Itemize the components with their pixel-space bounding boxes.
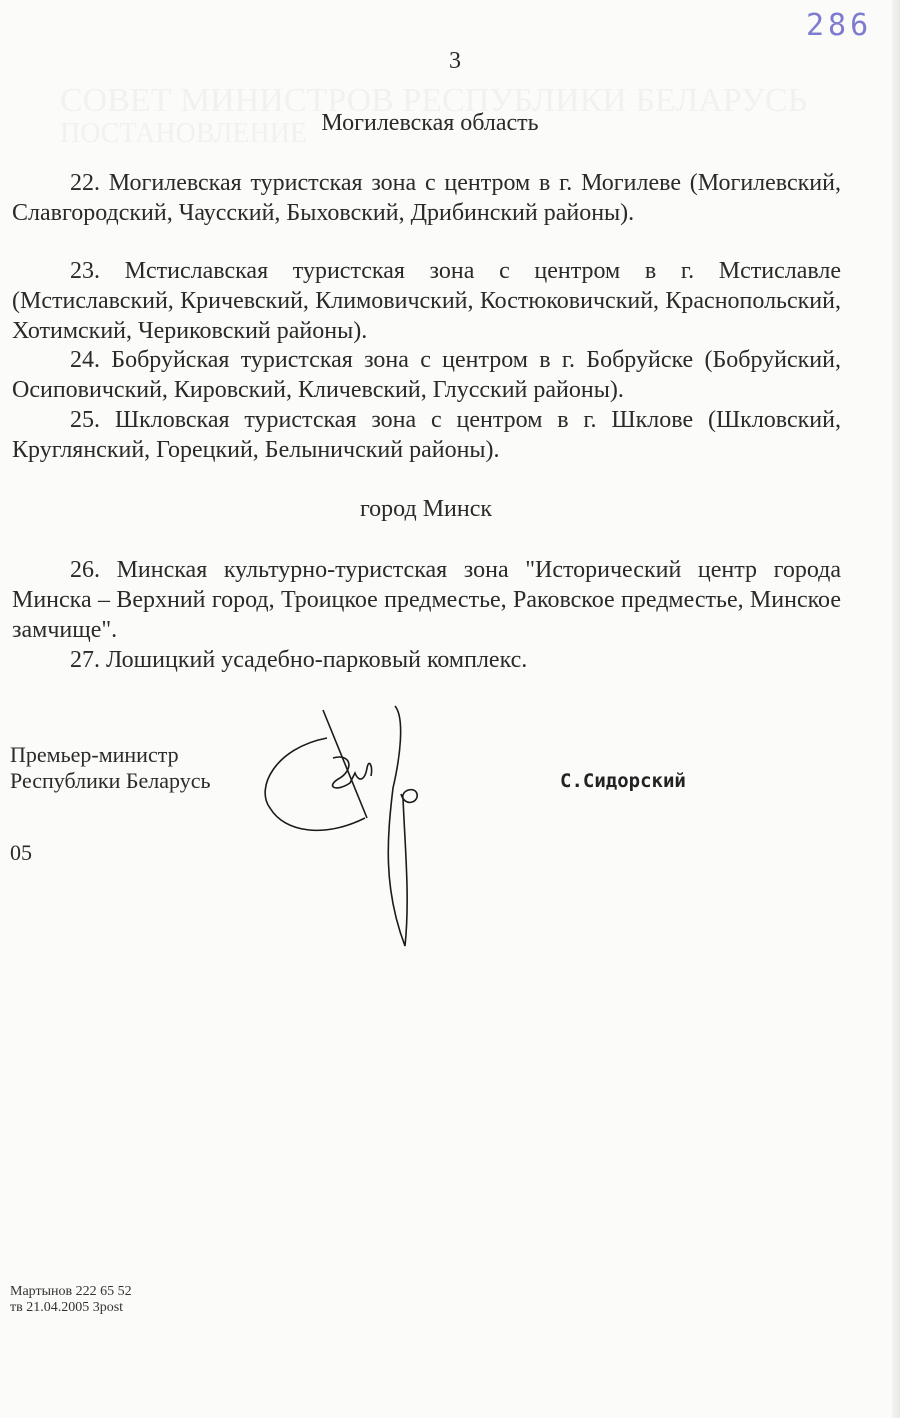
footer-executor-info: Мартынов 222 65 52 тв 21.04.2005 3post [10,1284,132,1316]
footer-executor-line: Мартынов 222 65 52 [10,1284,132,1300]
page-edge [892,0,900,1418]
list-item-27: 27. Лошицкий усадебно-парковый комплекс. [12,645,841,675]
signatory-name: С.Сидорский [560,770,686,792]
list-item-text: 27. Лошицкий усадебно-парковый комплекс. [12,645,841,675]
handwritten-signature [255,698,435,948]
list-item-text: 24. Бобруйская туристская зона с центром… [12,345,841,405]
list-item-text: 23. Мстиславская туристская зона с центр… [12,256,841,346]
list-item-text: 26. Минская культурно-туристская зона "И… [12,555,841,645]
sheet-number-stamp: 286 [806,8,872,43]
footer-date-line: тв 21.04.2005 3post [10,1300,132,1316]
list-item-text: 25. Шкловская туристская зона с центром … [12,405,841,465]
signatory-title-line1: Премьер-министр [10,742,211,768]
page-number: 3 [0,48,900,75]
section-heading-minsk: город Минск [0,496,856,523]
list-item-25: 25. Шкловская туристская зона с центром … [12,405,841,465]
list-item-text: 22. Могилевская туристская зона с центро… [12,168,841,228]
list-item-22: 22. Могилевская туристская зона с центро… [12,168,841,228]
section-heading-mogilev: Могилевская область [0,110,860,137]
document-code: 05 [10,840,32,866]
signatory-title: Премьер-министр Республики Беларусь [10,742,211,794]
signatory-title-line2: Республики Беларусь [10,768,211,794]
list-item-26: 26. Минская культурно-туристская зона "И… [12,555,841,645]
list-item-23: 23. Мстиславская туристская зона с центр… [12,256,841,346]
list-item-24: 24. Бобруйская туристская зона с центром… [12,345,841,405]
